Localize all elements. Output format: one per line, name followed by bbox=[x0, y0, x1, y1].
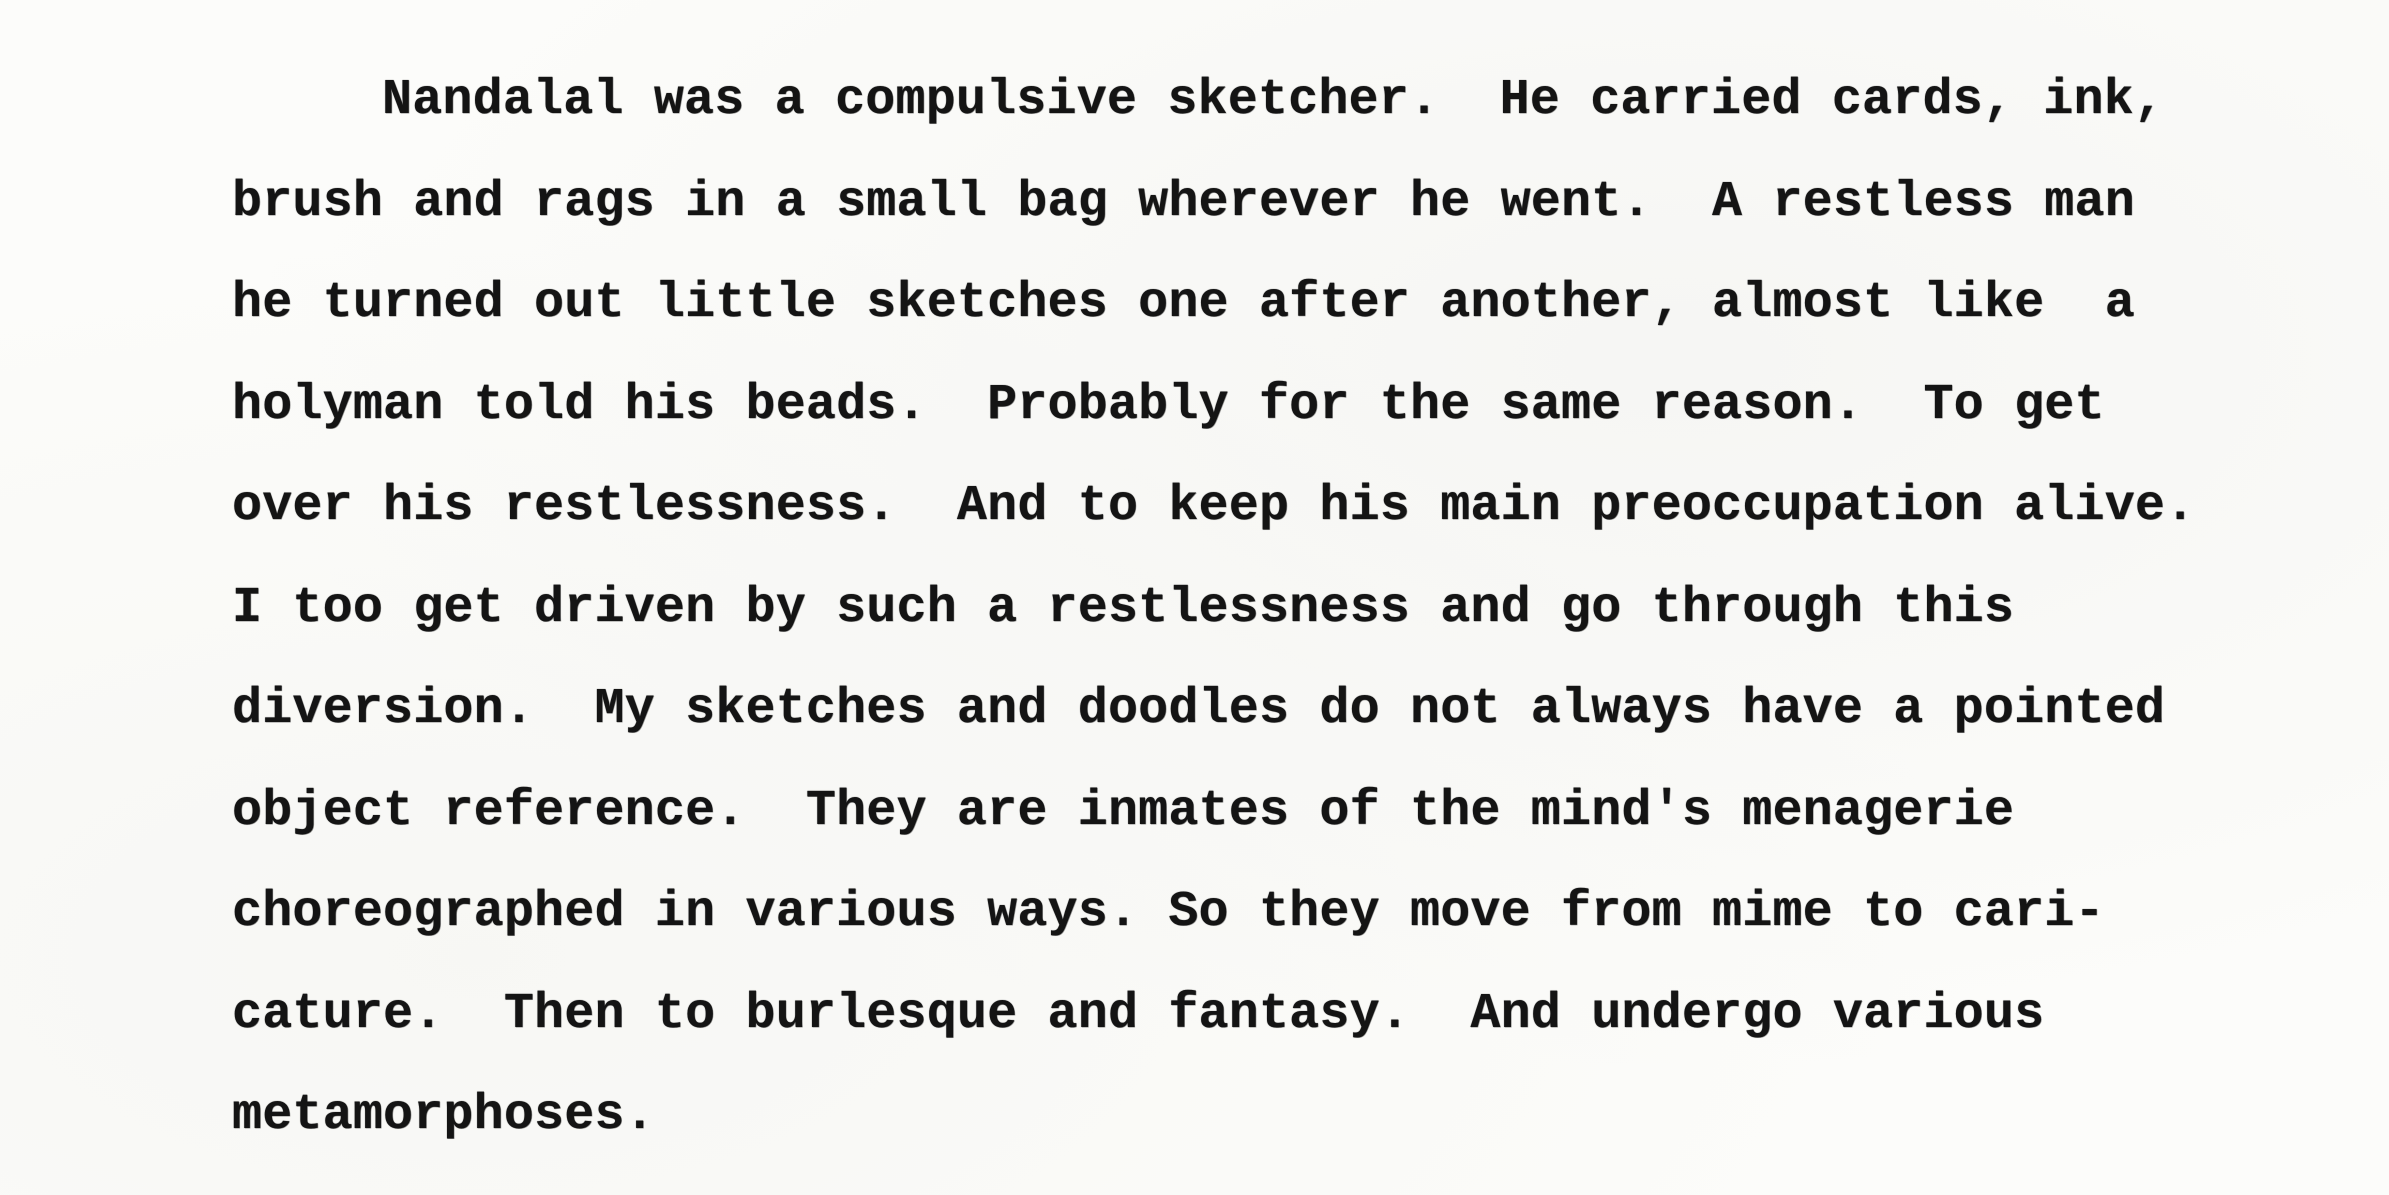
scanned-page: Nandalal was a compulsive sketcher. He c… bbox=[0, 0, 2389, 1195]
text-line-9: choreographed in various ways. So they m… bbox=[232, 862, 2352, 964]
typed-paragraph: Nandalal was a compulsive sketcher. He c… bbox=[232, 50, 2352, 1167]
text-line-11: metamorphoses. bbox=[232, 1065, 2352, 1167]
text-line-1: Nandalal was a compulsive sketcher. He c… bbox=[232, 50, 2352, 152]
text-line-10: cature. Then to burlesque and fantasy. A… bbox=[232, 964, 2352, 1066]
text-line-2: brush and rags in a small bag wherever h… bbox=[232, 152, 2352, 254]
text-line-5: over his restlessness. And to keep his m… bbox=[232, 456, 2352, 558]
text-line-6: I too get driven by such a restlessness … bbox=[232, 558, 2352, 660]
text-line-4: holyman told his beads. Probably for the… bbox=[232, 355, 2352, 457]
text-line-8: object reference. They are inmates of th… bbox=[232, 761, 2352, 863]
text-line-7: diversion. My sketches and doodles do no… bbox=[232, 659, 2352, 761]
text-line-3: he turned out little sketches one after … bbox=[232, 253, 2352, 355]
